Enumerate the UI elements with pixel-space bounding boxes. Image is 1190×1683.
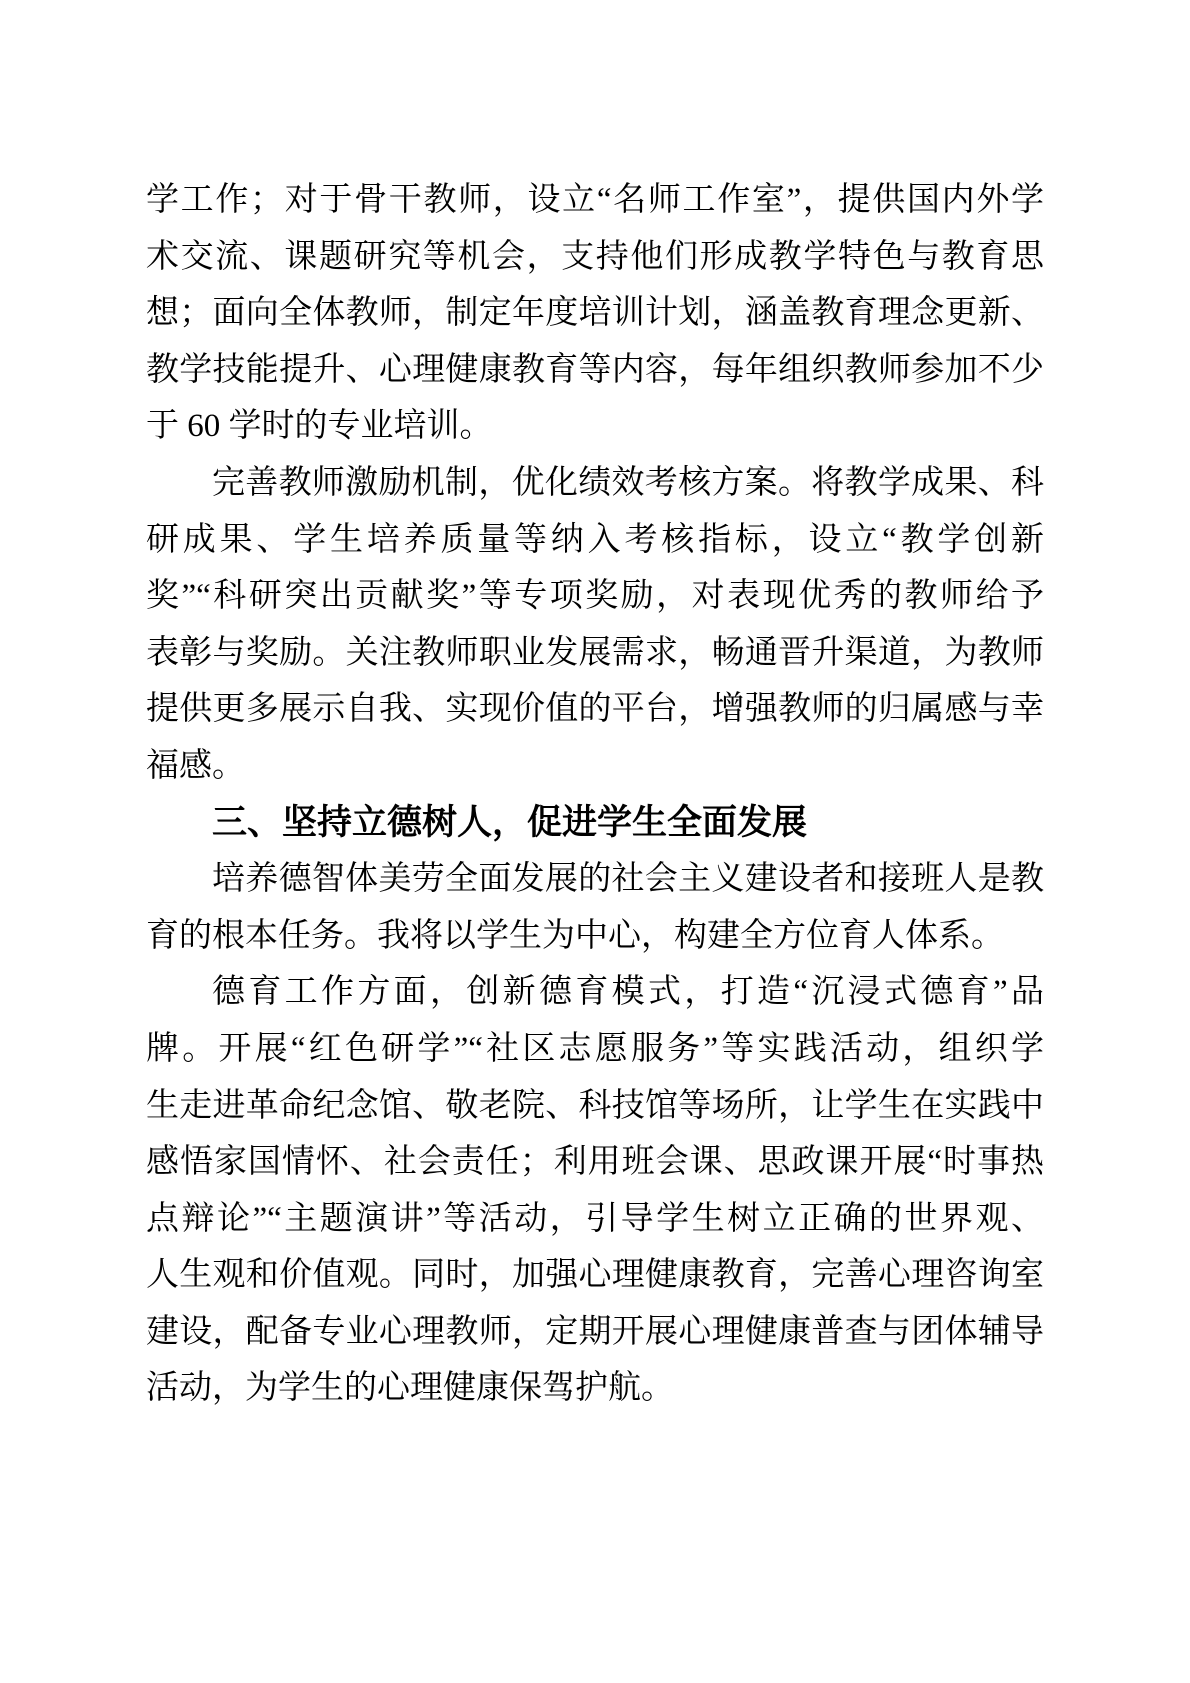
text-line: 人生观和价值观。同时，加强心理健康教育，完善心理咨询室 [146,1247,1044,1304]
text-line: 建设，配备专业心理教师，定期开展心理健康普查与团体辅导 [146,1304,1044,1361]
text-line: 研成果、学生培养质量等纳入考核指标，设立“教学创新 [146,512,1044,569]
text-line: 表彰与奖励。关注教师职业发展需求，畅通晋升渠道，为教师 [146,625,1044,682]
text-line: 想；面向全体教师，制定年度培训计划，涵盖教育理念更新、 [146,285,1044,342]
text-line: 牌。开展“红色研学”“社区志愿服务”等实践活动，组织学 [146,1021,1044,1078]
text-line: 完善教师激励机制，优化绩效考核方案。将教学成果、科 [146,455,1044,512]
document-page: 学工作；对于骨干教师，设立“名师工作室”，提供国内外学术交流、课题研究等机会，支… [0,0,1190,1683]
text-line: 育的根本任务。我将以学生为中心，构建全方位育人体系。 [146,908,1044,965]
text-line: 奖”“科研突出贡献奖”等专项奖励，对表现优秀的教师给予 [146,568,1044,625]
text-line: 感悟家国情怀、社会责任；利用班会课、思政课开展“时事热 [146,1134,1044,1191]
document-body: 学工作；对于骨干教师，设立“名师工作室”，提供国内外学术交流、课题研究等机会，支… [146,172,1044,1417]
text-line: 于 60 学时的专业培训。 [146,398,1044,455]
text-line: 点辩论”“主题演讲”等活动，引导学生树立正确的世界观、 [146,1191,1044,1248]
text-line: 教学技能提升、心理健康教育等内容，每年组织教师参加不少 [146,342,1044,399]
text-line: 提供更多展示自我、实现价值的平台，增强教师的归属感与幸 [146,681,1044,738]
text-line: 学工作；对于骨干教师，设立“名师工作室”，提供国内外学 [146,172,1044,229]
text-line: 术交流、课题研究等机会，支持他们形成教学特色与教育思 [146,229,1044,286]
text-line: 生走进革命纪念馆、敬老院、科技馆等场所，让学生在实践中 [146,1078,1044,1135]
text-line: 福感。 [146,738,1044,795]
section-heading: 三、坚持立德树人，促进学生全面发展 [146,795,1044,852]
text-line: 活动，为学生的心理健康保驾护航。 [146,1360,1044,1417]
text-line: 德育工作方面，创新德育模式，打造“沉浸式德育”品 [146,964,1044,1021]
text-line: 培养德智体美劳全面发展的社会主义建设者和接班人是教 [146,851,1044,908]
